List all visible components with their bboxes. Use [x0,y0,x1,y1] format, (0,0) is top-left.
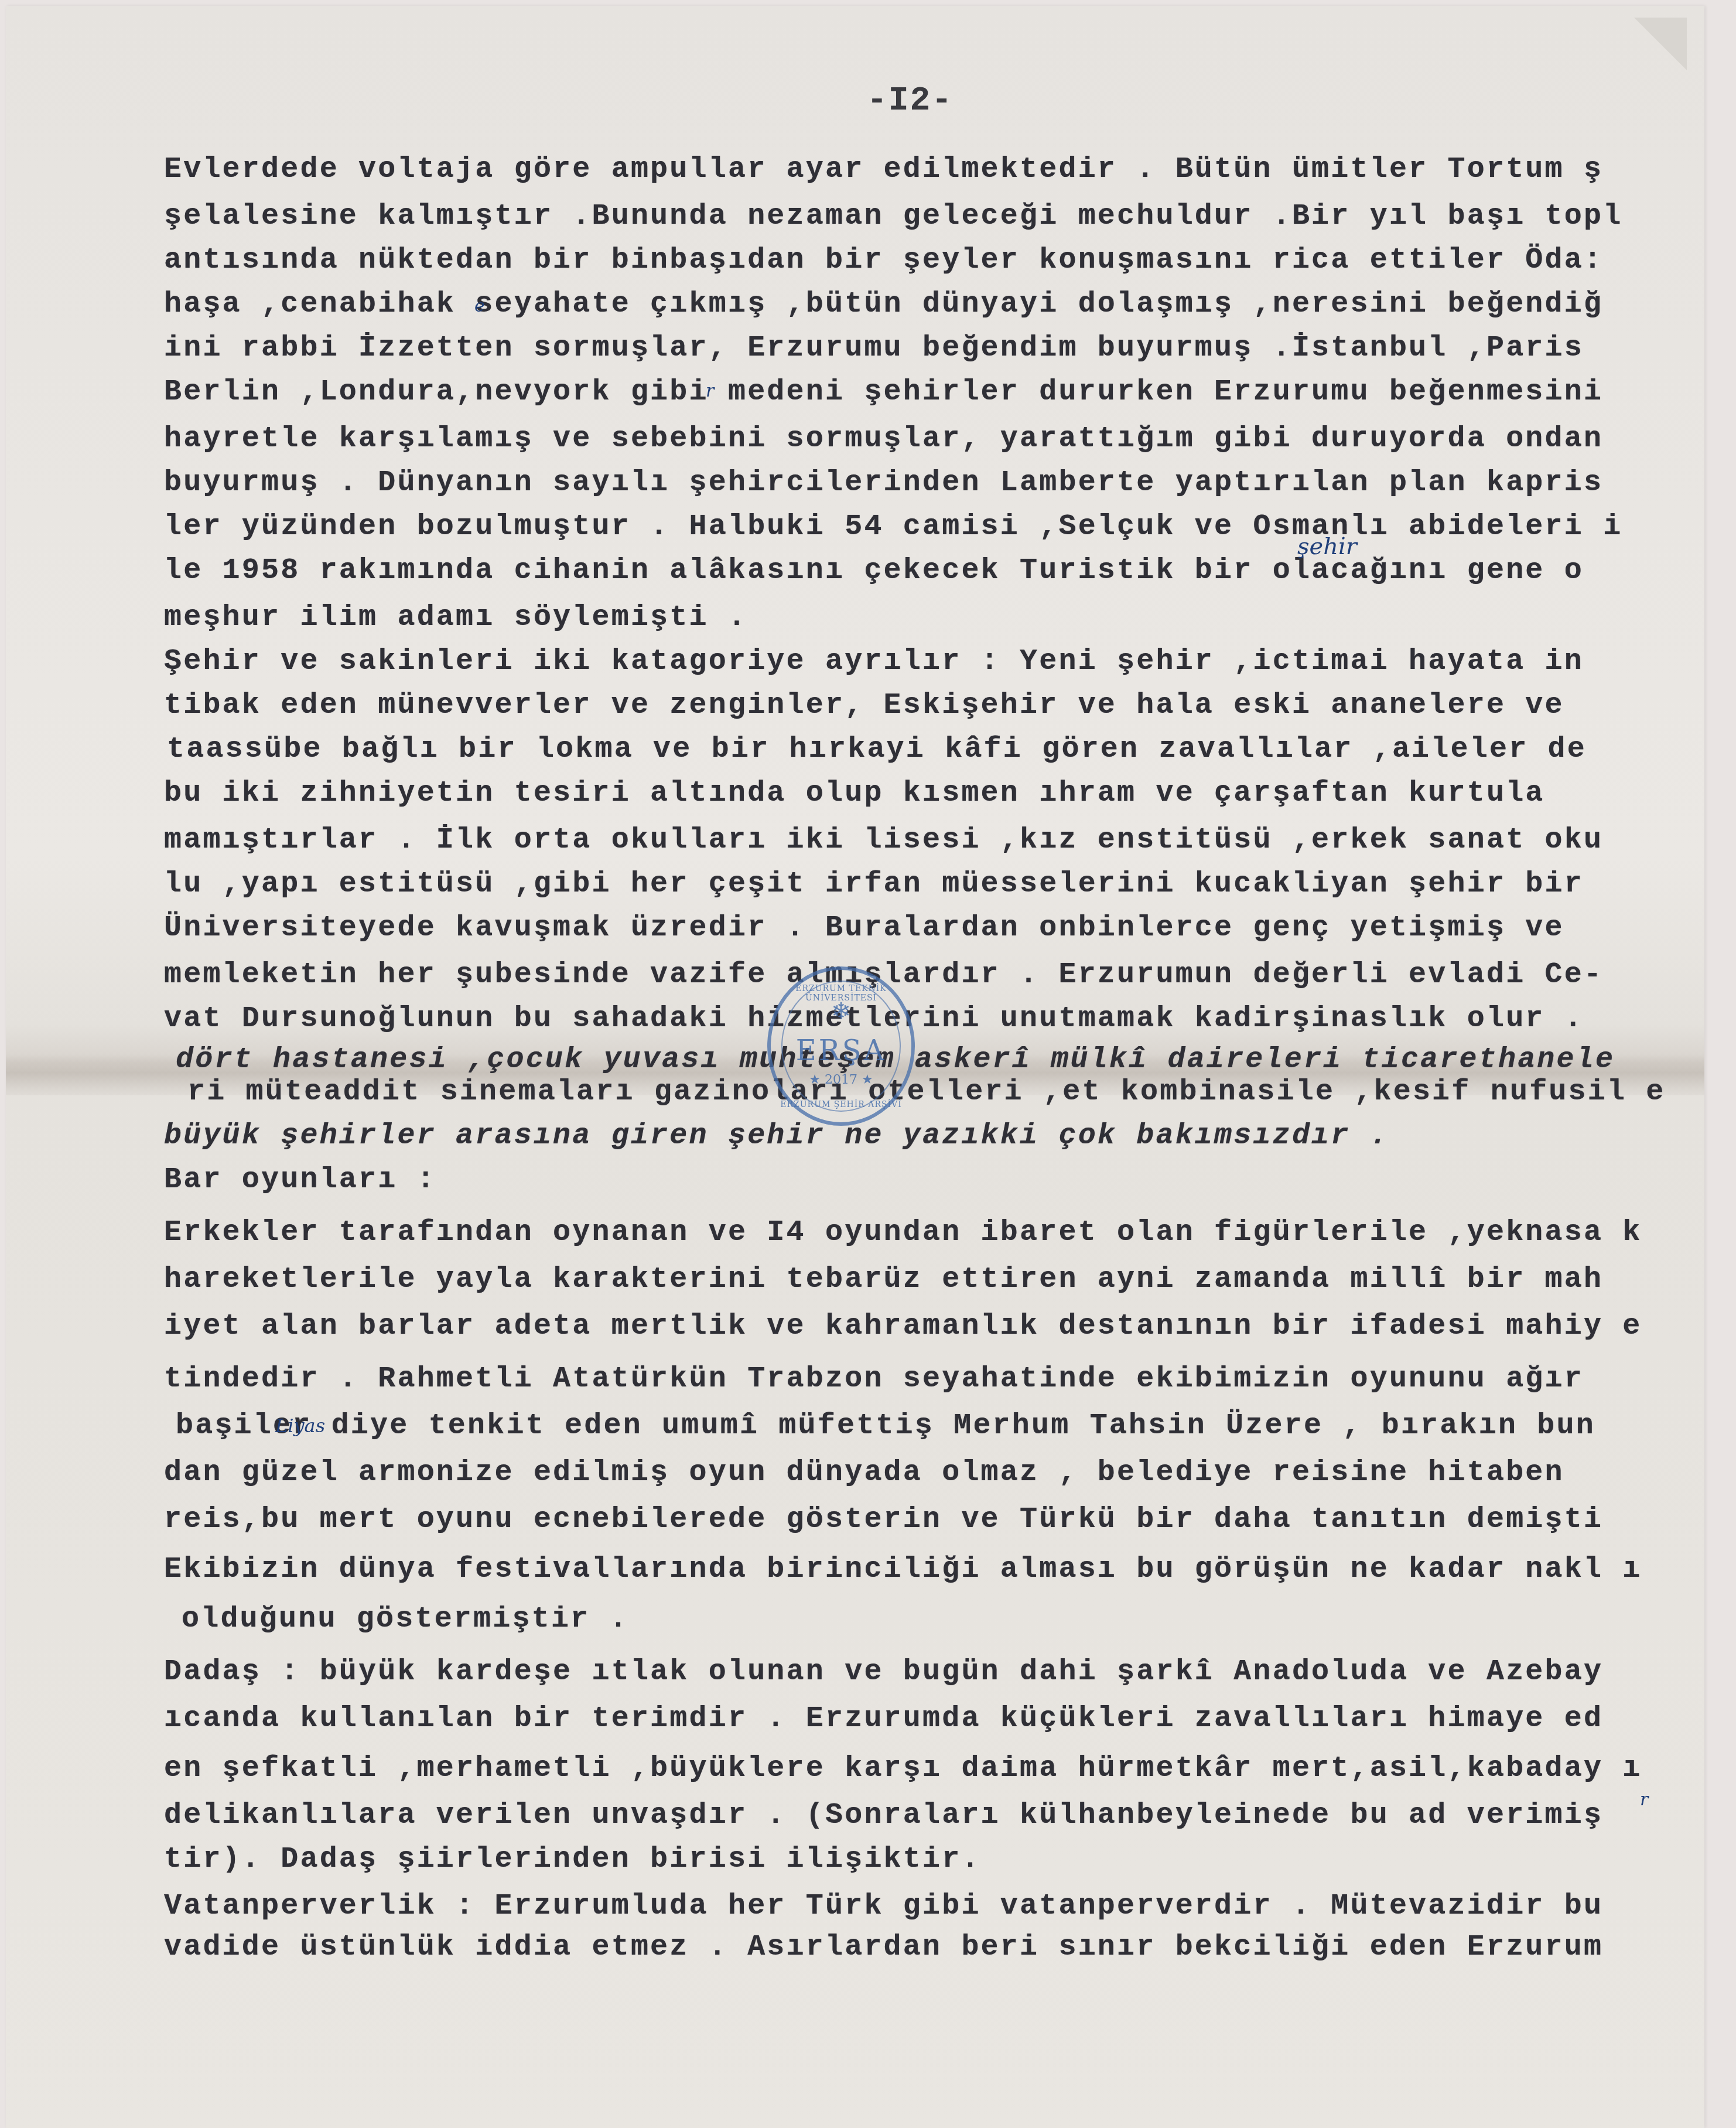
snowflake-emblem-icon: ❄ [771,998,911,1025]
document-page: -I2- Evlerdede voltaja göre ampullar aya… [6,6,1704,2128]
section-heading: Bar oyunları : [164,1166,436,1195]
text-line: hareketlerile yayla karakterini tebarüz … [164,1265,1603,1294]
text-line: delikanlılara verilen unvaşdır . (Sonral… [164,1801,1603,1830]
text-line: le 1958 rakımında cihanin alâkasını çeke… [164,556,1584,586]
text-line: tir). Dadaş şiirlerinden birisi ilişikti… [164,1845,981,1874]
text-line: Şehir ve sakinleri iki katagoriye ayrılı… [164,647,1584,677]
archive-stamp: ERZURUM TEKNİK ÜNİVERSİTESİ ❄ ERŞA ★ 201… [767,966,915,1126]
page-number: -I2- [867,82,953,120]
stamp-center-text: ERŞA [771,1034,911,1067]
text-line: ıcanda kullanılan bir terimdir . Erzurum… [164,1705,1603,1734]
text-line: vadide üstünlük iddia etmez . Asırlardan… [164,1933,1603,1962]
text-line: tindedir . Rahmetli Atatürkün Trabzon se… [164,1365,1584,1394]
text-line: olduğunu göstermiştir . [182,1605,629,1634]
text-line: başiler diye tenkit eden umumî müfettiş … [176,1412,1595,1441]
text-line: iyet alan barlar adeta mertlik ve kahram… [164,1312,1642,1341]
text-line: tibak eden münevverler ve zenginler, Esk… [164,691,1564,720]
text-line: şelalesine kalmıştır .Bununda nezaman ge… [164,202,1622,231]
text-line: Berlin ,Londura,nevyork gibi medeni şehi… [164,378,1603,407]
text-line: buyurmuş . Dünyanın sayılı şehircilerind… [164,469,1603,498]
handwritten-correction: r [706,381,714,401]
handwritten-correction: e [474,296,485,316]
text-line: antısında nüktedan bir binbaşıdan bir şe… [164,246,1603,275]
stamp-bottom-text: ERZURUM ŞEHİR ARŞİVİ [771,1100,911,1109]
text-line: meşhur ilim adamı söylemişti . [164,603,747,633]
text-line: Üniversiteyede kavuşmak üzredir . Burala… [164,914,1564,943]
text-line: dan güzel armonize edilmiş oyun dünyada … [164,1458,1564,1488]
text-line: bu iki zihniyetin tesiri altında olup kı… [164,779,1545,808]
text-line: ler yüzünden bozulmuştur . Halbuki 54 ca… [164,513,1622,542]
handwritten-correction: Liyas [275,1415,325,1437]
text-line: Ekibizin dünya festivallarında birincili… [164,1555,1642,1584]
text-line: lu ,yapı estitüsü ,gibi her çeşit irfan … [164,870,1584,899]
text-line: ini rabbi İzzetten sormuşlar, Erzurumu b… [164,334,1584,363]
text-line: ri müteaddit sinemaları gazinoları otell… [187,1078,1666,1107]
text-line: mamıştırlar . İlk orta okulları iki lise… [164,826,1603,855]
text-line: Vatanperverlik : Erzurumluda her Türk gi… [164,1892,1603,1921]
text-line: Dadaş : büyük kardeşe ıtlak olunan ve bu… [164,1658,1603,1687]
folded-corner [1634,18,1687,70]
text-line: en şefkatli ,merhametli ,büyüklere karşı… [164,1754,1642,1784]
text-line: Evlerdede voltaja göre ampullar ayar edi… [164,155,1603,185]
text-line: Erkekler tarafından oynanan ve I4 oyunda… [164,1218,1642,1248]
handwritten-insertion: şehir [1297,533,1357,560]
handwritten-correction: r [1640,1789,1648,1810]
stamp-year: ★ 2017 ★ [771,1072,911,1087]
text-line: reis,bu mert oyunu ecnebilerede gösterin… [164,1505,1603,1535]
text-line: taassübe bağlı bir lokma ve bir hırkayi … [167,735,1587,764]
text-line: büyük şehirler arasına giren şehir ne ya… [164,1122,1389,1151]
text-line: haşa ,cenabihak seyahate çıkmış ,bütün d… [164,290,1603,319]
text-line: hayretle karşılamış ve sebebini sormuşla… [164,425,1603,454]
